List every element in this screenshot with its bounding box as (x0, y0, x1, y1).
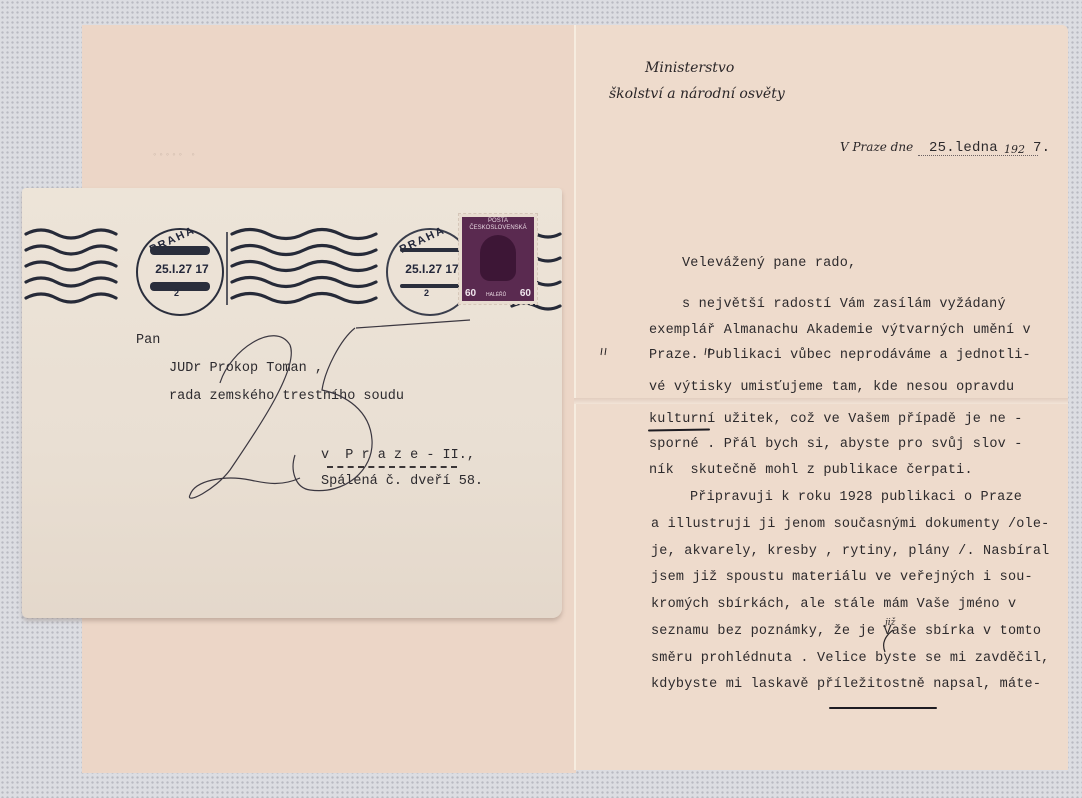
stamp-country: POŠTA ČESKOSLOVENSKÁ (462, 218, 534, 232)
letter-fold-line (574, 398, 1068, 404)
stamp-unit: HALÉŘŮ (486, 292, 506, 298)
body-line: exemplář Almanachu Akademie výtvarných u… (649, 323, 1031, 338)
body-line: kdybyste mi laskavě příležitostně napsal… (651, 677, 1041, 692)
body-line: Připravuji k roku 1928 publikaci o Praze (690, 490, 1022, 505)
postmark-district: 2 (424, 288, 429, 298)
body-line: jsem již spoustu materiálu ve veřejných … (651, 570, 1033, 585)
body-line: a illustruji ji jenom současnými dokumen… (651, 517, 1049, 532)
body-line: kulturní užitek, což ve Vašem případě je… (649, 412, 1023, 427)
underline-prilezitostne (829, 707, 937, 709)
address-name: JUDr Prokop Toman , (169, 361, 323, 376)
body-line: ník skutečně mohl z publikace čerpati. (649, 463, 973, 478)
year-suffix: 7. (1033, 140, 1050, 156)
postmark-bar (150, 246, 210, 255)
body-line: sporné . Přál bych si, abyste pro svůj s… (649, 437, 1023, 452)
postmark-bar (150, 282, 210, 291)
year-prefix: 192 (1004, 143, 1025, 156)
postmark-district: 2 (174, 288, 179, 298)
postmark-bar (400, 248, 460, 252)
letterhead-ministry: Ministerstvo (645, 60, 734, 76)
address-city: v P r a z e - II., (321, 448, 475, 463)
body-line: vé výtisky umisťujeme tam, kde nesou opr… (649, 380, 1014, 395)
body-line: Praze. Publikaci vůbec neprodáváme a jed… (649, 348, 1031, 363)
postage-stamp: POŠTA ČESKOSLOVENSKÁ 60 HALÉŘŮ 60 (459, 214, 537, 304)
stamp-portrait-icon (480, 235, 516, 281)
body-line: seznamu bez poznámky, že je Vaše sbírka … (651, 624, 1041, 639)
body-line: kromých sbírkách, ale stále mám Vaše jmé… (651, 597, 1016, 612)
faint-imprint: ◦◦◦◦◦ ◦ (152, 150, 197, 160)
stamp-value-right: 60 (520, 288, 531, 299)
postmark-bar (400, 284, 460, 288)
stamp-value-left: 60 (465, 288, 476, 299)
body-line: s největší radostí Vám zasílám vyžádaný (682, 297, 1006, 312)
address-street: Spálená č. dveří 58. (321, 474, 483, 489)
letterhead-ministry-subtitle: školství a národní osvěty (609, 86, 785, 102)
letter-salutation: Velevážený pane rado, (682, 256, 856, 271)
address-title: rada zemského trestního soudu (169, 389, 404, 404)
address-salutation: Pan (136, 333, 160, 348)
address-dash-line (327, 466, 457, 468)
date-value: 25.ledna (929, 140, 998, 156)
body-line: je, akvarely, kresby , rytiny, plány /. … (651, 544, 1049, 559)
date-prefix: V Praze dne (840, 140, 913, 154)
postmark-1: PRAHA 25.I.27 17 2 (136, 228, 224, 316)
body-line: směru prohlédnuta . Velice byste se mi z… (651, 651, 1049, 666)
postmark-date: 25.I.27 17 (144, 262, 220, 276)
handwritten-insert: již (885, 618, 895, 628)
